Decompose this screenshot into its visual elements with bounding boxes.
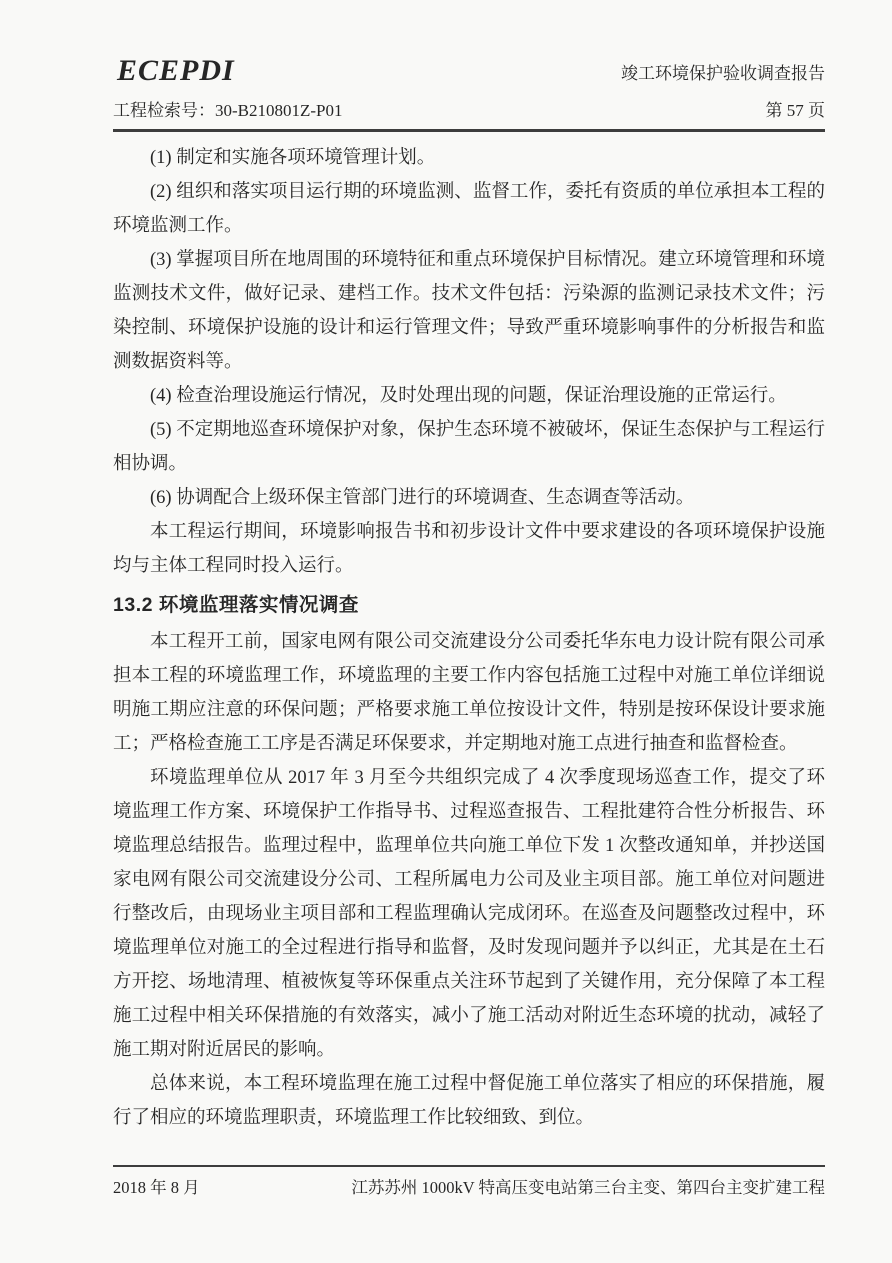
duty-item-6: (6) 协调配合上级环保主管部门进行的环境调查、生态调查等活动。: [113, 481, 825, 515]
paragraph-supervision-intro: 本工程开工前，国家电网有限公司交流建设分公司委托华东电力设计院有限公司承担本工程…: [113, 625, 825, 761]
project-index-number: 工程检索号：30-B210801Z-P01: [113, 102, 343, 119]
section-heading-13-2: 13.2 环境监理落实情况调查: [113, 590, 825, 620]
footer-row: 2018 年 8 月 江苏苏州 1000kV 特高压变电站第三台主变、第四台主变…: [113, 1180, 825, 1197]
duty-item-2: (2) 组织和落实项目运行期的环境监测、监督工作，委托有资质的单位承担本工程的环…: [113, 175, 825, 243]
paragraph-supervision-work: 环境监理单位从 2017 年 3 月至今共组织完成了 4 次季度现场巡查工作，提…: [113, 761, 825, 1067]
page-number: 第 57 页: [766, 102, 826, 119]
footer-project-name: 江苏苏州 1000kV 特高压变电站第三台主变、第四台主变扩建工程: [351, 1180, 825, 1197]
page-content: ECEPDI 竣工环境保护验收调查报告 工程检索号：30-B210801Z-P0…: [113, 0, 825, 1135]
paragraph-operation-period: 本工程运行期间，环境影响报告书和初步设计文件中要求建设的各项环境保护设施均与主体…: [113, 515, 825, 583]
page-footer: 2018 年 8 月 江苏苏州 1000kV 特高压变电站第三台主变、第四台主变…: [113, 1165, 825, 1197]
header-divider: [113, 129, 825, 132]
header-meta-row: 工程检索号：30-B210801Z-P01 第 57 页: [113, 102, 825, 119]
ecepdi-logo: ECEPDI: [113, 56, 235, 86]
footer-date: 2018 年 8 月: [113, 1180, 200, 1197]
document-body: (1) 制定和实施各项环境管理计划。 (2) 组织和落实项目运行期的环境监测、监…: [113, 141, 825, 1135]
duty-item-5: (5) 不定期地巡查环境保护对象，保护生态环境不被破坏，保证生态保护与工程运行相…: [113, 413, 825, 481]
page-header: ECEPDI 竣工环境保护验收调查报告 工程检索号：30-B210801Z-P0…: [113, 0, 825, 132]
header-top-row: ECEPDI 竣工环境保护验收调查报告: [113, 0, 825, 86]
footer-divider: [113, 1165, 825, 1167]
duty-item-1: (1) 制定和实施各项环境管理计划。: [113, 141, 825, 175]
report-page: ECEPDI 竣工环境保护验收调查报告 工程检索号：30-B210801Z-P0…: [0, 0, 892, 1263]
paragraph-summary: 总体来说，本工程环境监理在施工过程中督促施工单位落实了相应的环保措施，履行了相应…: [113, 1067, 825, 1135]
duty-item-3: (3) 掌握项目所在地周围的环境特征和重点环境保护目标情况。建立环境管理和环境监…: [113, 243, 825, 379]
duty-item-4: (4) 检查治理设施运行情况，及时处理出现的问题，保证治理设施的正常运行。: [113, 379, 825, 413]
document-title: 竣工环境保护验收调查报告: [621, 65, 825, 86]
